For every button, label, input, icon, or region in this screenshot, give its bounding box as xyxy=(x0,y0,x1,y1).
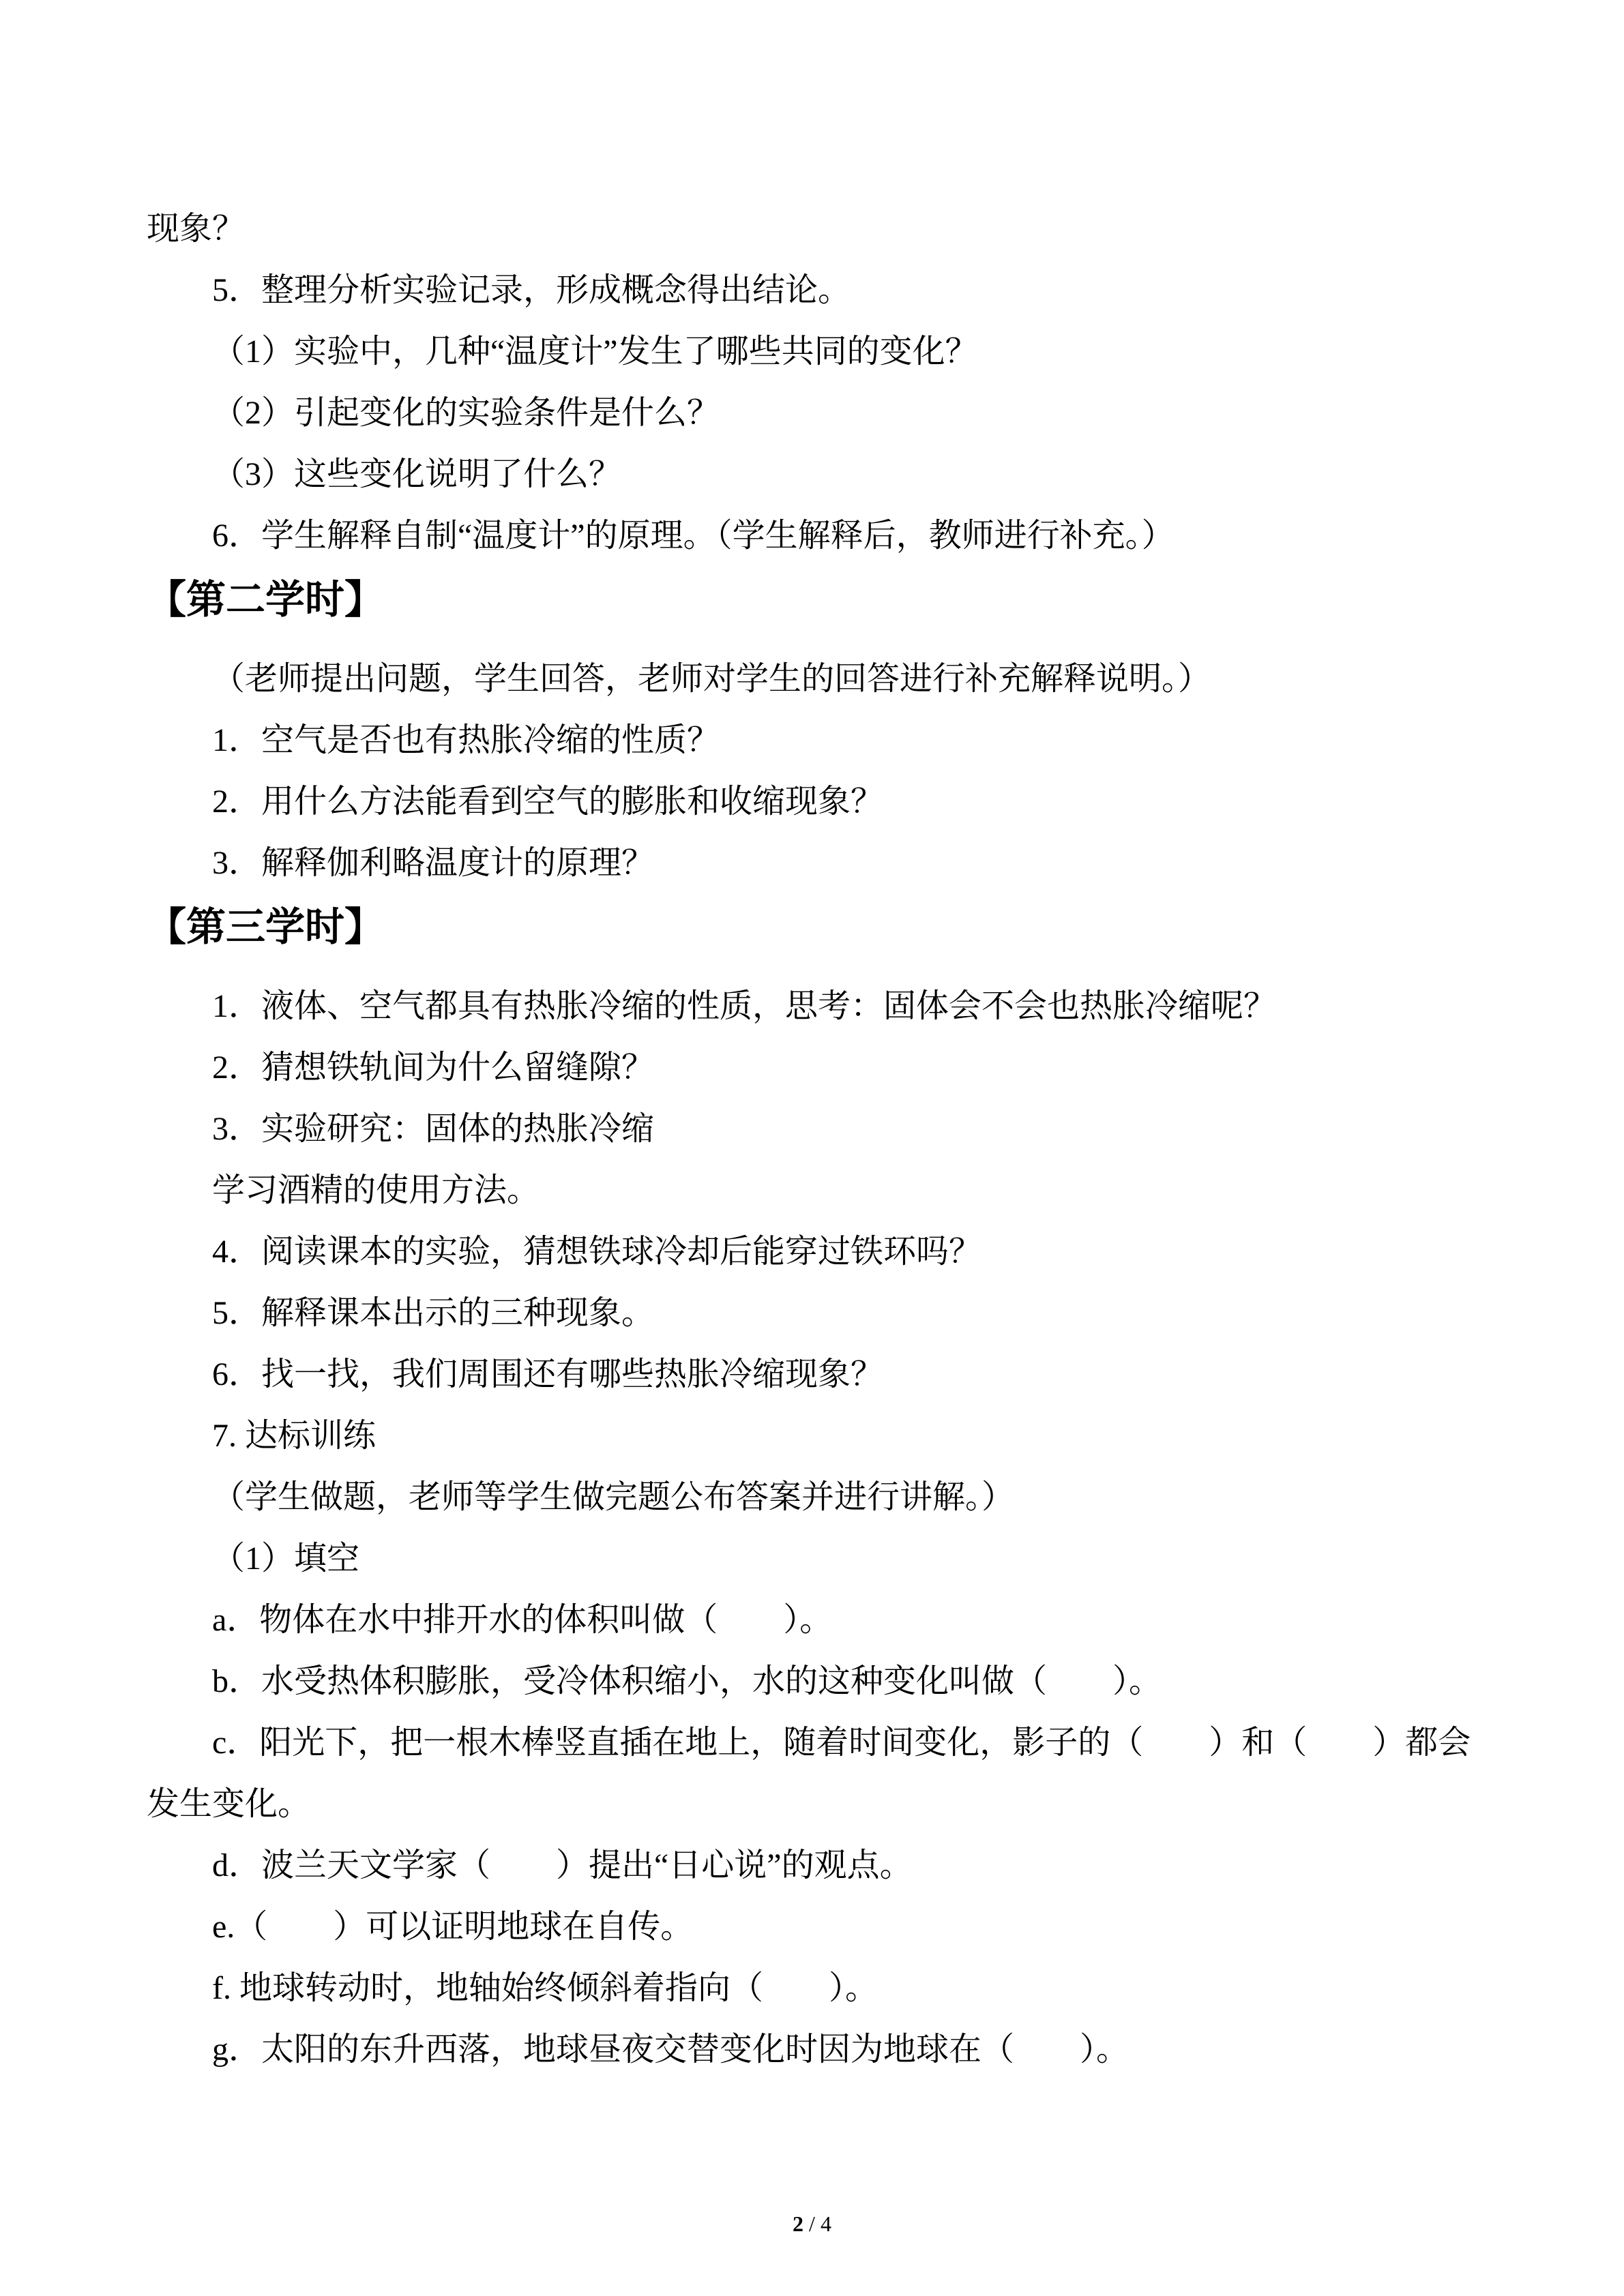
note-line: （老师提出问题，学生回答，老师对学生的回答进行补充解释说明。） xyxy=(147,660,1475,698)
continuation-line: 发生变化。 xyxy=(147,1785,1475,1823)
note-line: （学生做题，老师等学生做完题公布答案并进行讲解。） xyxy=(147,1478,1475,1517)
sub-item: （3）这些变化说明了什么？ xyxy=(147,456,1475,494)
document-body: 现象？ 5．整理分析实验记录，形成概念得出结论。 （1）实验中，几种“温度计”发… xyxy=(0,0,1624,2069)
numbered-item: 1．液体、空气都具有热胀冷缩的性质，思考：固体会不会也热胀冷缩呢？ xyxy=(147,987,1475,1026)
section-heading-period-2: 【第二学时】 xyxy=(147,578,1475,622)
numbered-item: 3．实验研究：固体的热胀冷缩 xyxy=(147,1110,1475,1148)
numbered-item: 6．学生解释自制“温度计”的原理。（学生解释后，教师进行补充。） xyxy=(147,517,1475,555)
sub-item: （2）引起变化的实验条件是什么？ xyxy=(147,394,1475,432)
numbered-item: 7. 达标训练 xyxy=(147,1417,1475,1455)
sub-item: （1）实验中，几种“温度计”发生了哪些共同的变化？ xyxy=(147,333,1475,371)
fill-blank-item: d．波兰天文学家（ ）提出“日心说”的观点。 xyxy=(147,1847,1475,1885)
page-footer: 2 / 4 xyxy=(0,2211,1624,2236)
total-pages: 4 xyxy=(821,2211,831,2236)
fill-blank-item: f. 地球转动时，地轴始终倾斜着指向（ ）。 xyxy=(147,1969,1475,2008)
section-heading-period-3: 【第三学时】 xyxy=(147,906,1475,949)
numbered-item: 1．空气是否也有热胀冷缩的性质？ xyxy=(147,721,1475,760)
body-line: 学习酒精的使用方法。 xyxy=(147,1172,1475,1210)
current-page-number: 2 xyxy=(793,2211,803,2236)
numbered-item: 2．猜想铁轨间为什么留缝隙？ xyxy=(147,1049,1475,1087)
fill-blank-item: a．物体在水中排开水的体积叫做（ ）。 xyxy=(147,1601,1475,1639)
fill-blank-item: e.（ ）可以证明地球在自传。 xyxy=(147,1908,1475,1946)
numbered-item: 2．用什么方法能看到空气的膨胀和收缩现象？ xyxy=(147,783,1475,821)
continuation-line: 现象？ xyxy=(147,210,1475,248)
fill-blank-item: c．阳光下，把一根木棒竖直插在地上，随着时间变化，影子的（ ）和（ ）都会 xyxy=(147,1724,1475,1762)
numbered-item: 5．整理分析实验记录，形成概念得出结论。 xyxy=(147,271,1475,310)
numbered-item: 4．阅读课本的实验，猜想铁球冷却后能穿过铁环吗？ xyxy=(147,1233,1475,1271)
fill-blank-item: b．水受热体积膨胀，受冷体积缩小，水的这种变化叫做（ ）。 xyxy=(147,1663,1475,1701)
fill-blank-item: g．太阳的东升西落，地球昼夜交替变化时因为地球在（ ）。 xyxy=(147,2031,1475,2069)
document-page: 现象？ 5．整理分析实验记录，形成概念得出结论。 （1）实验中，几种“温度计”发… xyxy=(0,0,1624,2296)
numbered-item: 3．解释伽利略温度计的原理？ xyxy=(147,844,1475,882)
page-number-separator: / xyxy=(803,2211,821,2236)
sub-item: （1）填空 xyxy=(147,1540,1475,1578)
numbered-item: 6．找一找，我们周围还有哪些热胀冷缩现象？ xyxy=(147,1356,1475,1394)
numbered-item: 5．解释课本出示的三种现象。 xyxy=(147,1294,1475,1332)
